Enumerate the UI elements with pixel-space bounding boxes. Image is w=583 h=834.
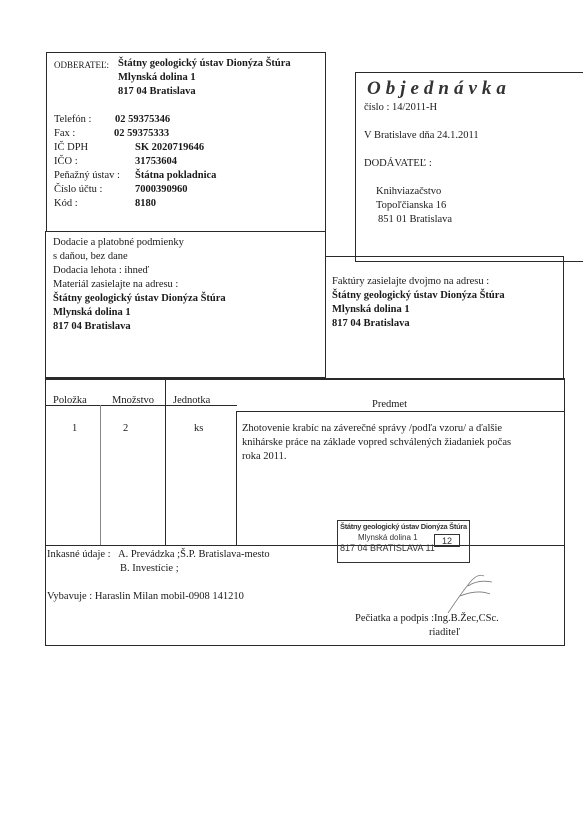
row-subject-line-1: Zhotovenie krabíc na záverečné správy /p… xyxy=(242,422,502,436)
delivery-tax: s daňou, bez dane xyxy=(53,250,128,264)
ico-value: 31753604 xyxy=(135,155,177,169)
account-label: Číslo účtu : xyxy=(54,183,102,197)
fax-value: 02 59375333 xyxy=(114,127,169,141)
row-unit: ks xyxy=(194,422,203,436)
row-subject-line-2: knihárske práce na základe vopred schvál… xyxy=(242,436,511,450)
table-right-border xyxy=(564,378,565,646)
table-bottom-border xyxy=(45,645,565,646)
phone-label: Telefón : xyxy=(54,113,91,127)
invoice-label: Faktúry zasielajte dvojmo na adresu : xyxy=(332,275,489,289)
customer-street: Mlynská dolina 1 xyxy=(118,71,196,85)
table-top-border xyxy=(45,378,565,380)
signature-role: riaditeľ xyxy=(429,626,460,640)
customer-name: Štátny geologický ústav Dionýza Štúra xyxy=(118,57,291,71)
invoice-name: Štátny geologický ústav Dionýza Štúra xyxy=(332,289,505,303)
vat-label: IČ DPH xyxy=(54,141,88,155)
stamp-number: 12 xyxy=(434,534,460,547)
col-divider-quantity xyxy=(100,405,101,545)
invoice-city: 817 04 Bratislava xyxy=(332,317,410,331)
row-item: 1 xyxy=(72,422,77,436)
header-subject: Predmet xyxy=(372,398,407,412)
billing-investments: B. Investície ; xyxy=(120,562,179,576)
account-value: 7000390960 xyxy=(135,183,188,197)
supplier-city: 851 01 Bratislava xyxy=(378,213,452,227)
delivery-name: Štátny geologický ústav Dionýza Štúra xyxy=(53,292,226,306)
billing-label: Inkasné údaje : xyxy=(47,548,111,562)
handler-info: Vybavuje : Haraslin Milan mobil-0908 141… xyxy=(47,590,244,604)
document-place-date: V Bratislave dňa 24.1.2011 xyxy=(364,129,479,143)
delivery-deadline: Dodacia lehota : ihneď xyxy=(53,264,149,278)
header-item: Položka xyxy=(53,394,87,408)
delivery-street: Mlynská dolina 1 xyxy=(53,306,131,320)
row-quantity: 2 xyxy=(123,422,128,436)
table-body-bottom xyxy=(45,545,565,546)
delivery-address-label: Materiál zasielajte na adresu : xyxy=(53,278,178,292)
phone-value: 02 59375346 xyxy=(115,113,170,127)
col-divider-subject xyxy=(236,411,237,546)
code-value: 8180 xyxy=(135,197,156,211)
signature-scribble xyxy=(440,568,510,618)
delivery-terms: Dodacie a platobné podmienky xyxy=(53,236,184,250)
vat-value: SK 2020719646 xyxy=(135,141,204,155)
supplier-label: DODÁVATEĽ : xyxy=(364,157,432,171)
fax-label: Fax : xyxy=(54,127,75,141)
ico-label: IČO : xyxy=(54,155,78,169)
invoice-street: Mlynská dolina 1 xyxy=(332,303,410,317)
col-divider-unit xyxy=(165,378,166,546)
supplier-street: Topoľčianska 16 xyxy=(376,199,446,213)
supplier-name: Knihviazačstvo xyxy=(376,185,441,199)
organization-stamp: Štátny geologický ústav Dionýza Štúra Ml… xyxy=(337,520,470,563)
code-label: Kód : xyxy=(54,197,78,211)
customer-city: 817 04 Bratislava xyxy=(118,85,196,99)
billing-operations: A. Prevádzka ;Š.P. Bratislava-mesto xyxy=(118,548,270,562)
delivery-city: 817 04 Bratislava xyxy=(53,320,131,334)
document-title: Objednávka xyxy=(367,78,511,100)
document-number: číslo : 14/2011-H xyxy=(364,101,437,115)
header-quantity: Množstvo xyxy=(112,394,154,408)
bank-label: Peňažný ústav : xyxy=(54,169,120,183)
stamp-org-name: Štátny geologický ústav Dionýza Štúra xyxy=(338,521,469,532)
header-unit: Jednotka xyxy=(173,394,210,408)
bank-value: Štátna pokladnica xyxy=(135,169,216,183)
table-left-border xyxy=(45,378,46,646)
row-subject-line-3: roka 2011. xyxy=(242,450,287,464)
customer-label: ODBERATEĽ: xyxy=(54,58,109,72)
